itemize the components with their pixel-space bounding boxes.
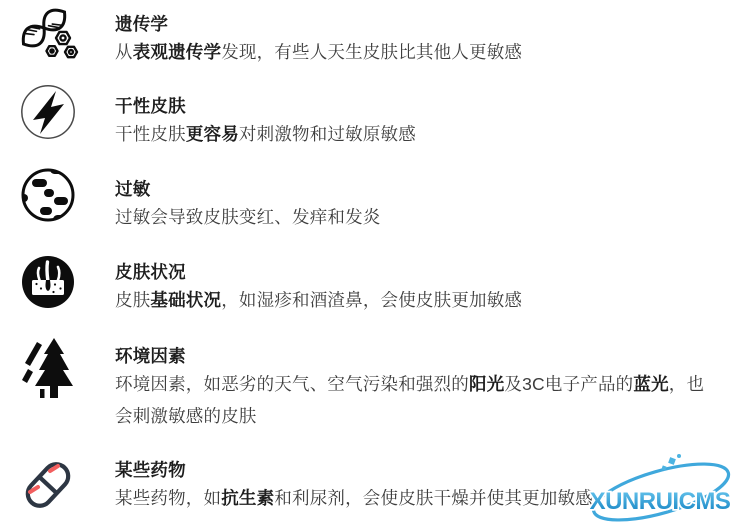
item-title: 遗传学 bbox=[115, 12, 707, 36]
skin-follicle-icon bbox=[12, 254, 84, 315]
body-segment-bold: 阳光 bbox=[469, 374, 504, 394]
item-body: 干性皮肤更容易对刺激物和过敏原敏感 bbox=[115, 118, 707, 150]
body-segment: 从 bbox=[115, 42, 133, 62]
body-segment: 某些药物，如 bbox=[115, 488, 221, 508]
item-title: 干性皮肤 bbox=[115, 94, 707, 118]
item-title: 过敏 bbox=[115, 177, 707, 201]
list-item: 过敏 过敏会导致皮肤变红、发痒和发炎 bbox=[0, 171, 737, 233]
body-segment: 发现，有些人天生皮肤比其他人更敏感 bbox=[221, 42, 522, 62]
item-title: 皮肤状况 bbox=[115, 260, 707, 284]
watermark-text: XUNRUICMS bbox=[590, 488, 731, 515]
dna-icon bbox=[12, 4, 84, 67]
body-segment: ，如湿疹和酒渣鼻，会使皮肤更加敏感 bbox=[221, 290, 522, 310]
xunruicms-watermark-logo: XUNRUICMS bbox=[585, 448, 735, 526]
body-segment-bold: 更容易 bbox=[186, 124, 239, 144]
list-item: 干性皮肤 干性皮肤更容易对刺激物和过敏原敏感 bbox=[0, 88, 737, 150]
list-item: 环境因素 环境因素，如恶劣的天气、空气污染和强烈的阳光及3C电子产品的蓝光，也会… bbox=[0, 338, 737, 432]
item-body: 过敏会导致皮肤变红、发痒和发炎 bbox=[115, 201, 707, 233]
body-segment: 环境因素，如恶劣的天气、空气污染和强烈的 bbox=[115, 374, 469, 394]
pill-icon bbox=[12, 455, 84, 520]
body-segment: 和利尿剂，会使皮肤干燥并使其更加敏感 bbox=[274, 488, 593, 508]
body-segment-bold: 抗生素 bbox=[221, 488, 274, 508]
body-segment: 过敏会导致皮肤变红、发痒和发炎 bbox=[115, 207, 381, 227]
item-body: 从表观遗传学发现，有些人天生皮肤比其他人更敏感 bbox=[115, 36, 707, 68]
body-segment: 干性皮肤 bbox=[115, 124, 186, 144]
body-segment-bold: 表观遗传学 bbox=[133, 42, 222, 62]
body-segment-bold: 基础状况 bbox=[150, 290, 221, 310]
body-segment-bold: 蓝光 bbox=[633, 374, 668, 394]
tree-icon bbox=[12, 336, 84, 405]
body-segment: 及3C电子产品的 bbox=[504, 374, 633, 394]
item-body: 皮肤基础状况，如湿疹和酒渣鼻，会使皮肤更加敏感 bbox=[115, 284, 707, 316]
allergy-spots-icon bbox=[12, 167, 84, 228]
body-segment: 皮肤 bbox=[115, 290, 150, 310]
item-body: 环境因素，如恶劣的天气、空气污染和强烈的阳光及3C电子产品的蓝光，也会刺激敏感的… bbox=[115, 368, 707, 432]
body-segment: 对刺激物和过敏原敏感 bbox=[239, 124, 416, 144]
list-item: 皮肤状况 皮肤基础状况，如湿疹和酒渣鼻，会使皮肤更加敏感 bbox=[0, 254, 737, 316]
item-title: 环境因素 bbox=[115, 344, 707, 368]
lightning-icon bbox=[12, 84, 84, 145]
infographic-skin-sensitivity: 遗传学 从表观遗传学发现，有些人天生皮肤比其他人更敏感 干性皮肤 干性皮肤更容易… bbox=[0, 0, 737, 528]
list-item: 遗传学 从表观遗传学发现，有些人天生皮肤比其他人更敏感 bbox=[0, 6, 737, 68]
